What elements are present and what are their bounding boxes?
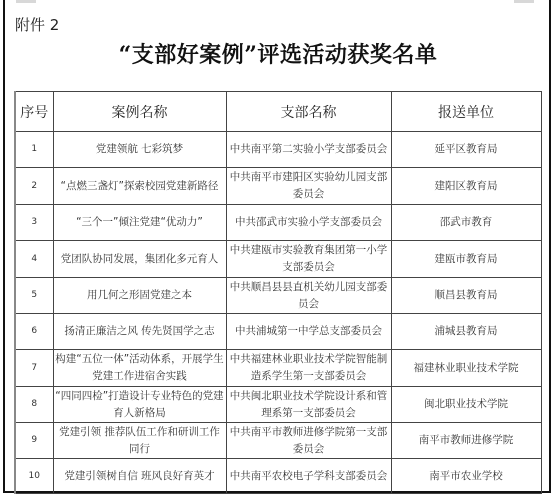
row-submitting-unit: 顺昌县教育局 — [391, 278, 541, 314]
header-case-name: 案例名称 — [53, 92, 226, 132]
row-branch-name: 中共福建林业职业技术学院智能制造系学生第一支部委员会 — [226, 350, 391, 387]
row-case-name: “三个一”倾注党建“优动力” — [53, 205, 226, 241]
row-branch-name: 中共南平农校电子学科支部委员会 — [226, 459, 391, 494]
table-row: 7构建“五位一体”活动体系，开展学生党建工作进宿舍实践中共福建林业职业技术学院智… — [15, 350, 541, 387]
row-seq: 2 — [15, 168, 53, 205]
row-submitting-unit: 邵武市教育 — [391, 205, 541, 241]
row-case-name: 用几何之形固党建之本 — [53, 278, 226, 314]
table-row: 1党建领航 七彩筑梦中共南平第二实验小学支部委员会延平区教育局 — [15, 132, 541, 168]
table-row: 2“点燃三盏灯”探索校园党建新路径中共南平市建阳区实验幼儿园支部委员会建阳区教育… — [15, 168, 541, 205]
table-row: 5用几何之形固党建之本中共顺昌县县直机关幼儿园支部委员会顺昌县教育局 — [15, 278, 541, 314]
table-row: 4党团队协同发展，集团化多元育人中共建瓯市实验教育集团第一小学支部委员会建瓯市教… — [15, 241, 541, 278]
row-branch-name: 中共闽北职业技术学院设计系和管理系第一支部委员会 — [226, 387, 391, 423]
row-branch-name: 中共南平市建阳区实验幼儿园支部委员会 — [226, 168, 391, 205]
row-submitting-unit: 闽北职业技术学院 — [391, 387, 541, 423]
table-row: 10党建引领树自信 班风良好育英才中共南平农校电子学科支部委员会南平市农业学校 — [15, 459, 541, 494]
row-seq: 3 — [15, 205, 53, 241]
header-submitting-unit: 报送单位 — [391, 92, 541, 132]
row-submitting-unit: 福建林业职业技术学院 — [391, 350, 541, 387]
row-branch-name: 中共浦城第一中学总支部委员会 — [226, 314, 391, 350]
header-seq: 序号 — [15, 92, 53, 132]
table-row: 8“四同四检”打造设计专业特色的党建育人新格局中共闽北职业技术学院设计系和管理系… — [15, 387, 541, 423]
row-case-name: 党建引领树自信 班风良好育英才 — [53, 459, 226, 494]
row-seq: 5 — [15, 278, 53, 314]
row-seq: 7 — [15, 350, 53, 387]
row-seq: 10 — [15, 459, 53, 494]
header-branch-name: 支部名称 — [226, 92, 391, 132]
row-case-name: “四同四检”打造设计专业特色的党建育人新格局 — [53, 387, 226, 423]
row-seq: 4 — [15, 241, 53, 278]
awards-table: 序号 案例名称 支部名称 报送单位 1党建领航 七彩筑梦中共南平第二实验小学支部… — [14, 91, 542, 494]
row-branch-name: 中共邵武市实验小学支部委员会 — [226, 205, 391, 241]
row-seq: 8 — [15, 387, 53, 423]
row-case-name: “点燃三盏灯”探索校园党建新路径 — [53, 168, 226, 205]
page-corner-mark-left — [16, 0, 36, 3]
row-submitting-unit: 延平区教育局 — [391, 132, 541, 168]
row-seq: 1 — [15, 132, 53, 168]
row-submitting-unit: 建阳区教育局 — [391, 168, 541, 205]
row-case-name: 扬清正廉洁之风 传先贤国学之志 — [53, 314, 226, 350]
row-branch-name: 中共南平第二实验小学支部委员会 — [226, 132, 391, 168]
row-submitting-unit: 南平市教师进修学院 — [391, 423, 541, 459]
row-seq: 6 — [15, 314, 53, 350]
table-header-row: 序号 案例名称 支部名称 报送单位 — [15, 92, 541, 132]
row-branch-name: 中共南平市教师进修学院第一支部委员会 — [226, 423, 391, 459]
row-case-name: 党团队协同发展，集团化多元育人 — [53, 241, 226, 278]
attachment-label: 附件 2 — [15, 14, 59, 35]
row-seq: 9 — [15, 423, 53, 459]
row-submitting-unit: 建瓯市教育局 — [391, 241, 541, 278]
row-branch-name: 中共建瓯市实验教育集团第一小学支部委员会 — [226, 241, 391, 278]
document-title: “支部好案例”评选活动获奖名单 — [0, 38, 556, 69]
table-row: 3“三个一”倾注党建“优动力”中共邵武市实验小学支部委员会邵武市教育 — [15, 205, 541, 241]
row-case-name: 党建引领 推荐队伍工作和研训工作同行 — [53, 423, 226, 459]
row-case-name: 构建“五位一体”活动体系，开展学生党建工作进宿舍实践 — [53, 350, 226, 387]
row-branch-name: 中共顺昌县县直机关幼儿园支部委员会 — [226, 278, 391, 314]
row-submitting-unit: 南平市农业学校 — [391, 459, 541, 494]
page-corner-mark-right — [514, 0, 534, 3]
row-case-name: 党建领航 七彩筑梦 — [53, 132, 226, 168]
table-row: 9党建引领 推荐队伍工作和研训工作同行中共南平市教师进修学院第一支部委员会南平市… — [15, 423, 541, 459]
row-submitting-unit: 浦城县教育局 — [391, 314, 541, 350]
table-row: 6扬清正廉洁之风 传先贤国学之志中共浦城第一中学总支部委员会浦城县教育局 — [15, 314, 541, 350]
